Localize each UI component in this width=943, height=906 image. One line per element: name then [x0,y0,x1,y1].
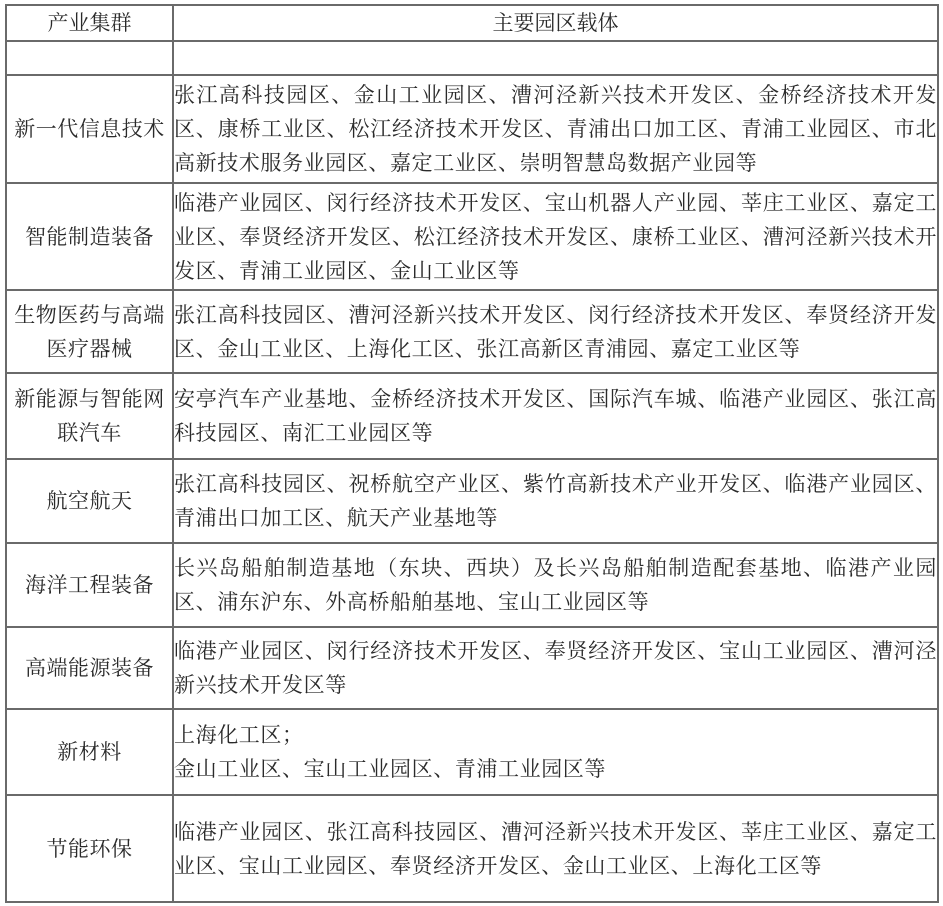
cluster-cell: 航空航天 [6,459,173,543]
parks-line: 金山工业区、宝山工业园区、青浦工业园区等 [174,752,937,786]
table-row: 生物医药与高端医疗器械 张江高科技园区、漕河泾新兴技术开发区、闵行经济技术开发区… [6,290,938,373]
empty-cell-cluster [6,41,173,75]
parks-cell: 张江高科技园区、漕河泾新兴技术开发区、闵行经济技术开发区、奉贤经济开发区、金山工… [173,290,938,373]
header-parks: 主要园区载体 [173,5,938,41]
parks-cell: 长兴岛船舶制造基地（东块、西块）及长兴岛船舶制造配套基地、临港产业园区、浦东沪东… [173,543,938,627]
cluster-cell: 智能制造装备 [6,183,173,290]
empty-cell-parks [173,41,938,75]
parks-line: 上海化工区； [174,718,937,752]
table-row: 新一代信息技术 张江高科技园区、金山工业园区、漕河泾新兴技术开发区、金桥经济技术… [6,75,938,183]
cluster-cell: 新一代信息技术 [6,75,173,183]
table-row: 海洋工程装备 长兴岛船舶制造基地（东块、西块）及长兴岛船舶制造配套基地、临港产业… [6,543,938,627]
parks-cell: 安亭汽车产业基地、金桥经济技术开发区、国际汽车城、临港产业园区、张江高科技园区、… [173,373,938,459]
empty-row [6,41,938,75]
industry-park-table: 产业集群 主要园区载体 新一代信息技术 张江高科技园区、金山工业园区、漕河泾新兴… [5,4,939,903]
parks-cell: 临港产业园区、闵行经济技术开发区、宝山机器人产业园、莘庄工业区、嘉定工业区、奉贤… [173,183,938,290]
table-row: 智能制造装备 临港产业园区、闵行经济技术开发区、宝山机器人产业园、莘庄工业区、嘉… [6,183,938,290]
cluster-cell: 新材料 [6,709,173,795]
table-row: 航空航天 张江高科技园区、祝桥航空产业区、紫竹高新技术产业开发区、临港产业园区、… [6,459,938,543]
header-row: 产业集群 主要园区载体 [6,5,938,41]
parks-cell: 临港产业园区、闵行经济技术开发区、奉贤经济开发区、宝山工业园区、漕河泾新兴技术开… [173,627,938,709]
cluster-cell: 海洋工程装备 [6,543,173,627]
cluster-cell: 高端能源装备 [6,627,173,709]
parks-cell: 张江高科技园区、金山工业园区、漕河泾新兴技术开发区、金桥经济技术开发区、康桥工业… [173,75,938,183]
parks-cell: 上海化工区； 金山工业区、宝山工业园区、青浦工业园区等 [173,709,938,795]
header-cluster: 产业集群 [6,5,173,41]
parks-cell: 张江高科技园区、祝桥航空产业区、紫竹高新技术产业开发区、临港产业园区、青浦出口加… [173,459,938,543]
table-row: 高端能源装备 临港产业园区、闵行经济技术开发区、奉贤经济开发区、宝山工业园区、漕… [6,627,938,709]
cluster-cell: 新能源与智能网联汽车 [6,373,173,459]
table-row: 节能环保 临港产业园区、张江高科技园区、漕河泾新兴技术开发区、莘庄工业区、嘉定工… [6,795,938,902]
cluster-cell: 生物医药与高端医疗器械 [6,290,173,373]
table-row: 新材料 上海化工区； 金山工业区、宝山工业园区、青浦工业园区等 [6,709,938,795]
cluster-cell: 节能环保 [6,795,173,902]
parks-cell: 临港产业园区、张江高科技园区、漕河泾新兴技术开发区、莘庄工业区、嘉定工业区、宝山… [173,795,938,902]
table-row: 新能源与智能网联汽车 安亭汽车产业基地、金桥经济技术开发区、国际汽车城、临港产业… [6,373,938,459]
